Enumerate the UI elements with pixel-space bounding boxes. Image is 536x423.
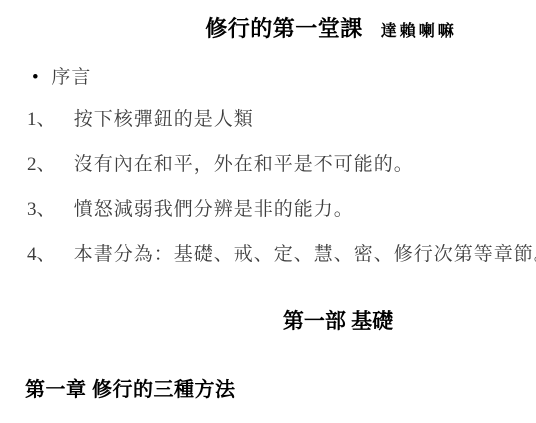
list-item: 4、 本書分為：基礎、戒、定、慧、密、修行次第等章節。 bbox=[27, 241, 536, 269]
part-heading: 第一部 基礎 bbox=[0, 306, 536, 336]
list-item-number: 4、 bbox=[27, 241, 68, 269]
title-text: 修行的第一堂課 bbox=[205, 16, 363, 41]
list-item: 1、 按下核彈鈕的是人類 bbox=[27, 106, 254, 134]
list-item-text: 憤怒減弱我們分辨是非的能力。 bbox=[74, 199, 354, 220]
list-item-text: 按下核彈鈕的是人類 bbox=[74, 109, 254, 130]
list-item-text: 本書分為：基礎、戒、定、慧、密、修行次第等章節。 bbox=[74, 244, 536, 265]
list-item-number: 1、 bbox=[27, 106, 68, 134]
preface-label: 序言 bbox=[51, 67, 91, 88]
list-item-text: 沒有內在和平，外在和平是不可能的。 bbox=[74, 154, 414, 175]
list-item: 2、 沒有內在和平，外在和平是不可能的。 bbox=[27, 151, 414, 179]
preface-bullet-item: • 序言 bbox=[32, 64, 91, 92]
list-item: 3、 憤怒減弱我們分辨是非的能力。 bbox=[27, 196, 354, 224]
document-page: 修行的第一堂課 達賴喇嘛 • 序言 1、 按下核彈鈕的是人類 2、 沒有內在和平… bbox=[0, 0, 536, 423]
list-item-number: 3、 bbox=[27, 196, 68, 224]
list-item-number: 2、 bbox=[27, 151, 68, 179]
bullet-icon: • bbox=[32, 67, 40, 88]
title-author: 達賴喇嘛 bbox=[381, 23, 457, 40]
document-title: 修行的第一堂課 達賴喇嘛 bbox=[0, 12, 536, 43]
chapter-heading: 第一章 修行的三種方法 bbox=[25, 375, 236, 405]
